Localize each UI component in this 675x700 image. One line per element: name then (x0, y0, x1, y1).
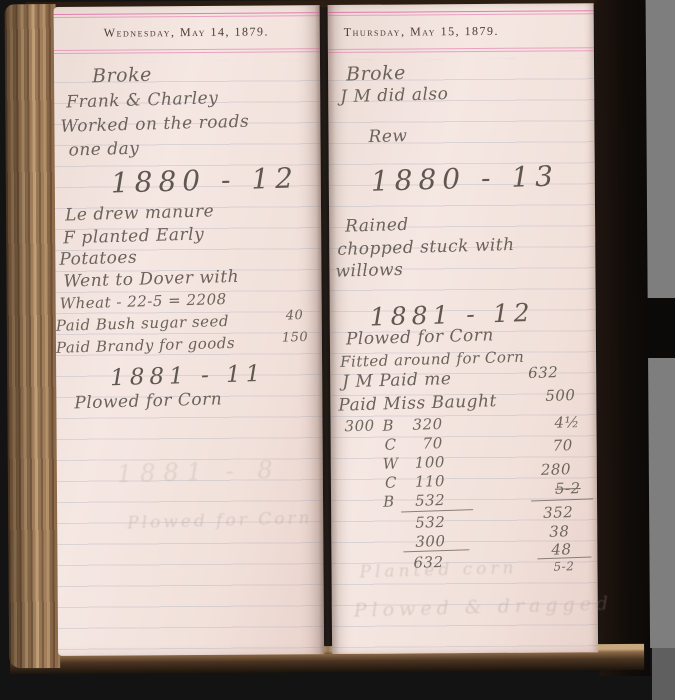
diary-line: willows (335, 260, 403, 282)
right-page: Thursday, May 15, 1879. Broke J M did al… (328, 3, 599, 654)
ledger-right-value: 5-2 (553, 559, 574, 574)
diary-line: one day (68, 139, 139, 161)
diary-line: Broke (92, 64, 152, 88)
ledger-right-value: 280 (541, 460, 572, 479)
ledger-right-value: 70 (552, 436, 573, 455)
ledger-value: 100 (415, 453, 446, 472)
ledger-label: C (384, 435, 396, 453)
ledger-right-value: 352 (543, 503, 574, 522)
ledger-right-value: 4½ (554, 413, 580, 432)
diary-line: J M did also (340, 84, 449, 107)
amount-superscript: 150 (282, 330, 309, 346)
ledger-side-note: 300 (344, 416, 375, 435)
diary-line: J M Paid me (342, 369, 452, 392)
ledger-label: C (385, 473, 397, 491)
page-edges-left (5, 4, 61, 668)
ledger-right-value: 38 (549, 522, 570, 541)
left-page-date-header: Wednesday, May 14, 1879. (104, 24, 269, 40)
ledger-value: 532 (415, 491, 446, 510)
year-annotation: 1880 - 12 (110, 161, 299, 199)
diary-book: Wednesday, May 14, 1879. Broke Frank & C… (0, 0, 675, 700)
diary-line: Plowed for Corn (346, 325, 494, 349)
right-page-date-header: Thursday, May 15, 1879. (344, 24, 499, 40)
ledger-right-value-struck: 5-2 (555, 479, 581, 498)
year-annotation: 1880 - 13 (370, 159, 559, 197)
diary-line: Rew (368, 126, 407, 147)
ledger-label: B (383, 492, 395, 510)
amount: 632 (528, 363, 559, 382)
ledger-subtotal: 300 (415, 532, 446, 551)
amount: 500 (545, 386, 576, 405)
header-rule-line (54, 51, 320, 54)
diary-line: Broke (346, 62, 406, 86)
ledger-right-value: 48 (551, 540, 572, 559)
ledger-value: 320 (412, 415, 443, 434)
ledger-value: 70 (422, 434, 443, 453)
diary-line: Rained (345, 215, 409, 237)
header-rule-line (328, 13, 594, 16)
year-annotation: 1881 - 11 (110, 361, 266, 391)
diary-line: Frank & Charley (66, 88, 219, 112)
diary-line: Potatoes (59, 248, 137, 270)
diary-line: Le drew manure (65, 201, 215, 225)
bleedthrough-text: 1881 - 8 (116, 456, 280, 489)
header-rule-line (328, 50, 594, 53)
ledger-label: W (383, 454, 399, 472)
ledger-label: B (382, 416, 394, 434)
ledger-subtotal: 532 (415, 513, 446, 532)
left-page: Wednesday, May 14, 1879. Broke Frank & C… (54, 5, 325, 656)
amount-superscript: 40 (286, 308, 304, 323)
diary-line: F planted Early (63, 224, 205, 248)
header-rule-line (54, 15, 320, 18)
diary-line: Plowed for Corn (74, 389, 222, 413)
ledger-value: 110 (415, 472, 446, 491)
